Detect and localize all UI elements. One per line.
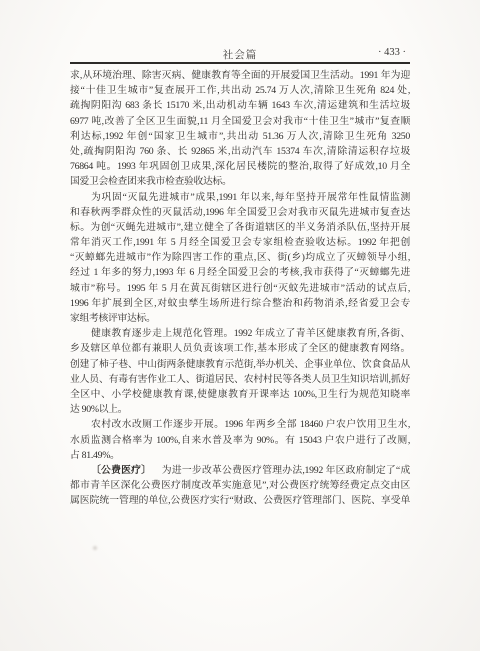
- text-line: 疏掏阴阳沟 683 条长 15170 米,出动机动车辆 1643 车次,清运建筑…: [70, 98, 410, 113]
- text-line: 和春秋两季群众性的灭鼠活动,1996 年全国爱卫会对我市灭鼠先进城市复查达: [70, 205, 410, 220]
- chapter-title: 社会篇: [70, 47, 410, 62]
- page-body: 求,从环境治理、除害灭病、健康教育等全面的开展爱国卫生活动。1991 年为迎接“…: [70, 68, 410, 508]
- scan-speck: [93, 546, 97, 550]
- text-line: 家组考核评审达标。: [70, 311, 410, 326]
- text-line: 健康教育逐步走上规范化管理。1992 年成立了青羊区健康教育所,各街、: [70, 326, 410, 341]
- text-line: 创建了柿子巷、中山街两条健康教育示范街,举办机关、企事业单位、饮食食品从: [70, 357, 410, 372]
- text-line: 国爱卫会检查团来我市检查验收达标。: [70, 174, 410, 189]
- text-line: 76864 吨。1993 年巩固创卫成果,深化居民楼院的整治,取得了好成效,10…: [70, 159, 410, 174]
- text-line: 标。为创“灭蝇先进城市”,建立健全了各街道辖区的半义务消杀队伍,坚持开展: [70, 220, 410, 235]
- text-line: 城市”称号。1995 年 5 月在黄瓦街辖区进行创“灭蚊先进城市”活动的试点后,: [70, 281, 410, 296]
- text-line: 水质监测合格率为 100%,自来水普及率为 90%。有 15043 户农户进行了…: [70, 433, 410, 448]
- paragraph: 〔公费医疗〕为进一步改革公费医疗管理办法,1992 年区政府制定了“成都市青羊区…: [70, 463, 410, 509]
- text-line: 全区中、小学校健康教育课,使健康教育开课率达 100%,卫生行为规范知晓率: [70, 387, 410, 402]
- paragraph: 健康教育逐步走上规范化管理。1992 年成立了青羊区健康教育所,各街、乡及辖区单…: [70, 326, 410, 417]
- text-line: 属医院统一管理的单位,公费医疗实行“财政、公费医疗管理部门、医院、享受单: [70, 493, 410, 508]
- page-header: 社会篇 · 433 ·: [70, 47, 410, 61]
- text-line: 为巩固“灭鼠先进城市”成果,1991 年以来,每年坚持开展常年性鼠情监测: [70, 190, 410, 205]
- text-line: 1996 年扩展到全区,对蚊虫孳生场所进行综合整治和药物消杀,经省爱卫会专: [70, 296, 410, 311]
- text-line: 农村改水改厕工作逐步开展。1996 年两乡全部 18460 户农户饮用卫生水,: [70, 417, 410, 432]
- entry-label: 〔公费医疗〕: [91, 465, 151, 476]
- text-line: 都市青羊区深化公费医疗制度改革实施意见”,对公费医疗统筹经费定点交由区: [70, 478, 410, 493]
- text-line: 〔公费医疗〕为进一步改革公费医疗管理办法,1992 年区政府制定了“成: [70, 463, 410, 478]
- text-line: 达 90%以上。: [70, 402, 410, 417]
- header-rule: [70, 62, 410, 64]
- text-line: 利达标,1992 年创“国家卫生城市”,共出动 51.36 万人次,清除卫生死角…: [70, 129, 410, 144]
- text-line: 求,从环境治理、除害灭病、健康教育等全面的开展爱国卫生活动。1991 年为迎: [70, 68, 410, 83]
- text-line: 6977 吨,改善了全区卫生面貌,11 月全国爱卫会对我市“十佳卫生”城市”复查…: [70, 114, 410, 129]
- scanned-page: 社会篇 · 433 · 求,从环境治理、除害灭病、健康教育等全面的开展爱国卫生活…: [0, 0, 480, 651]
- text-line: “灭蟑螂先进城市”作为除四害工作的重点,区、街(乡)均成立了灭蟑领导小组,: [70, 250, 410, 265]
- text-line: 占 81.49%。: [70, 448, 410, 463]
- paragraph: 农村改水改厕工作逐步开展。1996 年两乡全部 18460 户农户饮用卫生水,水…: [70, 417, 410, 463]
- text-line: 接“十佳卫生城市”复查展开工作,共出动 25.74 万人次,清除卫生死角 824…: [70, 83, 410, 98]
- text-line: 处,疏掏阴阳沟 760 条、长 92865 米,出动汽车 15374 车次,清除…: [70, 144, 410, 159]
- text-line: 乡及辖区单位都有兼职人员负责该项工作,基本形成了全区的健康教育网络。: [70, 341, 410, 356]
- page-number: · 433 ·: [378, 47, 406, 58]
- text-line: 经过 1 年多的努力,1993 年 6 月经全国爱卫会的考核,我市获得了“灭蟑螂…: [70, 265, 410, 280]
- paragraph: 为巩固“灭鼠先进城市”成果,1991 年以来,每年坚持开展常年性鼠情监测和春秋两…: [70, 190, 410, 327]
- paragraph: 求,从环境治理、除害灭病、健康教育等全面的开展爱国卫生活动。1991 年为迎接“…: [70, 68, 410, 190]
- text-line: 常年消灭工作,1991 年 5 月经全国爱卫会专家组检查验收达标。1992 年把…: [70, 235, 410, 250]
- text-line: 业人员、有毒有害作业工人、街道居民、农村村民等各类人员卫生知识培训,抓好: [70, 372, 410, 387]
